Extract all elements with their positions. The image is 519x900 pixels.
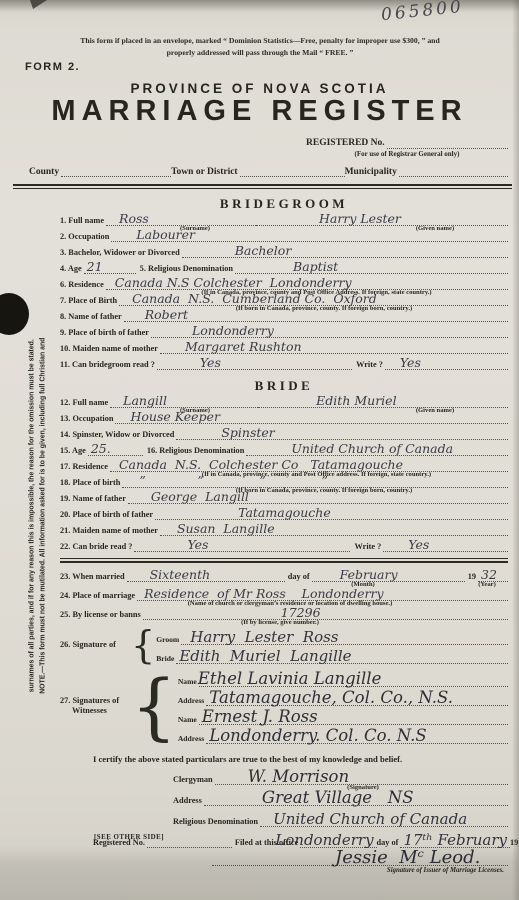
residence-caption: (If in Canada, province, county and Post… bbox=[125, 472, 508, 479]
county-town-municipality-row: County Town or District Municipality bbox=[29, 167, 508, 177]
handwritten-groom-signature: Harry Lester Ross bbox=[190, 630, 338, 645]
town-district-label: Town or District bbox=[171, 167, 240, 177]
write-label: Write ? bbox=[350, 542, 383, 552]
punch-hole-artifact bbox=[0, 293, 29, 335]
municipality-label: Municipality bbox=[345, 167, 399, 177]
form-body: BRIDEGROOM 1. Full name Ross Harry Leste… bbox=[60, 196, 508, 872]
field-clergyman: Clergyman W. Morrison (Signature) bbox=[173, 766, 508, 787]
field-bridegroom-literacy: 11. Can bridegroom read ? Yes Write ? Ye… bbox=[60, 356, 508, 372]
birthplace-caption: (If born in Canada, province, county. If… bbox=[140, 488, 508, 495]
field-bridegroom-residence: 6. Residence Canada N.S Colchester Londo… bbox=[60, 276, 508, 292]
signature-caption: (Signature) bbox=[323, 785, 403, 792]
registered-no-blank bbox=[387, 144, 508, 149]
registered-no-label: REGISTERED No. bbox=[306, 138, 387, 149]
margin-note-vertical: NOTE.—This form must not be mutilated. A… bbox=[27, 266, 48, 766]
bride-label: Bride bbox=[156, 655, 176, 664]
certification-block: Clergyman W. Morrison (Signature) Addres… bbox=[173, 766, 508, 829]
margin-note-line2: surnames of all parties, and if for any … bbox=[27, 266, 38, 766]
field-bride-literacy: 22. Can bride read ? Yes Write ? Yes bbox=[60, 538, 508, 554]
day-of-label: day of bbox=[285, 572, 312, 582]
handwritten-denomination: United Church of Canada bbox=[273, 812, 467, 827]
municipality-blank bbox=[399, 172, 508, 177]
witness-address-label: Address bbox=[178, 697, 206, 706]
given-name-caption: (Given name) bbox=[395, 408, 475, 415]
field-signatures-witnesses: 27. Signatures of Witnesses { Name Ethel… bbox=[60, 668, 508, 744]
field-label: 11. Can bridegroom read ? bbox=[60, 360, 157, 370]
witness-name-label: Name bbox=[178, 716, 199, 725]
denomination-label: Religious Denomination bbox=[173, 817, 260, 827]
header-divider-rule bbox=[13, 184, 512, 189]
scan-edge-shadow-right bbox=[512, 0, 519, 900]
brace-glyph: { bbox=[131, 628, 155, 662]
issuer-caption: Signature of Issuer of Marriage Licenses… bbox=[387, 867, 504, 874]
handwritten-value: Residence of Mr Ross Londonderry bbox=[144, 588, 383, 601]
write-label: Write ? bbox=[352, 360, 385, 370]
handwritten-witness-name: Ernest J. Ross bbox=[202, 709, 318, 726]
month-caption: (Month) bbox=[328, 582, 398, 589]
witnesses-label-line2: Witnesses bbox=[60, 706, 107, 715]
marriage-register-scan: 065800 This form if placed in an envelop… bbox=[0, 0, 519, 900]
witness-name-label: Name bbox=[178, 678, 199, 687]
field-label: 22. Can bride read ? bbox=[60, 542, 134, 552]
license-caption: (If by license, give number.) bbox=[190, 620, 370, 627]
registered-no-block: REGISTERED No. (For use of Registrar Gen… bbox=[306, 138, 508, 158]
mailing-notice-line2: properly addressed will pass through the… bbox=[48, 47, 472, 59]
handwritten-write: Yes bbox=[408, 539, 429, 552]
field-religious-denomination: Religious Denomination United Church of … bbox=[173, 808, 508, 829]
witnesses-label-line1: 27. Signatures of bbox=[60, 696, 119, 705]
witness-address-label: Address bbox=[178, 735, 206, 744]
address-label: Address bbox=[173, 796, 204, 806]
see-other-side-note: [SEE OTHER SIDE] bbox=[94, 834, 164, 841]
field-bridegroom-full-name: 1. Full name Ross Harry Lester (Surname)… bbox=[60, 212, 508, 228]
issuer-signature-block: Jessie Mᶜ Leod. Signature of Issuer of M… bbox=[212, 850, 508, 872]
handwritten-witness-address: Londonderry. Col. Co. N.S bbox=[209, 728, 426, 745]
surname-caption: (Surname) bbox=[155, 408, 235, 415]
stamped-serial-number: 065800 bbox=[380, 0, 465, 25]
handwritten-month: February bbox=[340, 569, 398, 582]
county-blank bbox=[61, 172, 171, 177]
mailing-notice: This form if placed in an envelope, mark… bbox=[48, 35, 472, 58]
field-label: 26. Signature of bbox=[60, 640, 130, 650]
certification-statement: I certify the above stated particulars a… bbox=[60, 754, 508, 766]
mailing-notice-line1: This form if placed in an envelope, mark… bbox=[48, 35, 472, 47]
field-label: 24. Place of marriage bbox=[60, 591, 137, 601]
field-bride-full-name: 12. Full name Langill Edith Muriel (Surn… bbox=[60, 394, 508, 410]
handwritten-read: Yes bbox=[200, 357, 221, 370]
handwritten-clergyman-signature: W. Morrison bbox=[248, 769, 349, 786]
place-caption: (Name of church or clergyman’s residence… bbox=[140, 601, 440, 608]
handwritten-year: 32 bbox=[481, 569, 497, 582]
handwritten-write: Yes bbox=[400, 357, 421, 370]
province-heading: PROVINCE OF NOVA SCOTIA bbox=[0, 81, 519, 96]
year-caption: (Year) bbox=[466, 582, 508, 589]
registrar-general-note: (For use of Registrar General only) bbox=[306, 150, 508, 158]
handwritten-read: Yes bbox=[187, 539, 208, 552]
handwritten-license-number: 17296 bbox=[281, 607, 321, 620]
handwritten-address: Great Village NS bbox=[262, 790, 414, 807]
field-label: 23. When married bbox=[60, 572, 127, 582]
margin-note-line1: NOTE.—This form must not be mutilated. A… bbox=[38, 266, 49, 766]
town-district-blank bbox=[240, 172, 345, 177]
field-bride-residence: 17. Residence Canada N.S. Colchester Co … bbox=[60, 458, 508, 474]
handwritten-witness-address: Tatamagouche, Col. Co., N.S. bbox=[209, 690, 453, 707]
page-title: MARRIAGE REGISTER bbox=[0, 95, 519, 128]
field-label: 27. Signatures of Witnesses bbox=[60, 696, 130, 717]
given-name-caption: (Given name) bbox=[395, 226, 475, 233]
residence-caption: (If in Canada, province, county and Post… bbox=[125, 290, 508, 297]
handwritten-issuer-signature: Jessie Mᶜ Leod. bbox=[335, 849, 480, 867]
groom-label: Groom bbox=[156, 636, 181, 645]
clergyman-label: Clergyman bbox=[173, 775, 215, 785]
field-signatures-couple: 26. Signature of { Groom Harry Lester Ro… bbox=[60, 626, 508, 664]
year-printed: 19 bbox=[510, 838, 519, 848]
brace-glyph: { bbox=[131, 674, 177, 739]
year-printed: 19 bbox=[465, 572, 478, 582]
handwritten-bride-signature: Edith Muriel Langille bbox=[179, 649, 351, 664]
handwritten-day: Sixteenth bbox=[150, 569, 211, 582]
form-number: FORM 2. bbox=[25, 61, 80, 73]
birthplace-caption: (If born in Canada, province, county. If… bbox=[140, 306, 508, 313]
handwritten-witness-name: Ethel Lavinia Langille bbox=[198, 671, 382, 688]
surname-caption: (Surname) bbox=[155, 226, 235, 233]
field-label: 25. By license or banns bbox=[60, 610, 143, 620]
county-label: County bbox=[29, 167, 61, 177]
